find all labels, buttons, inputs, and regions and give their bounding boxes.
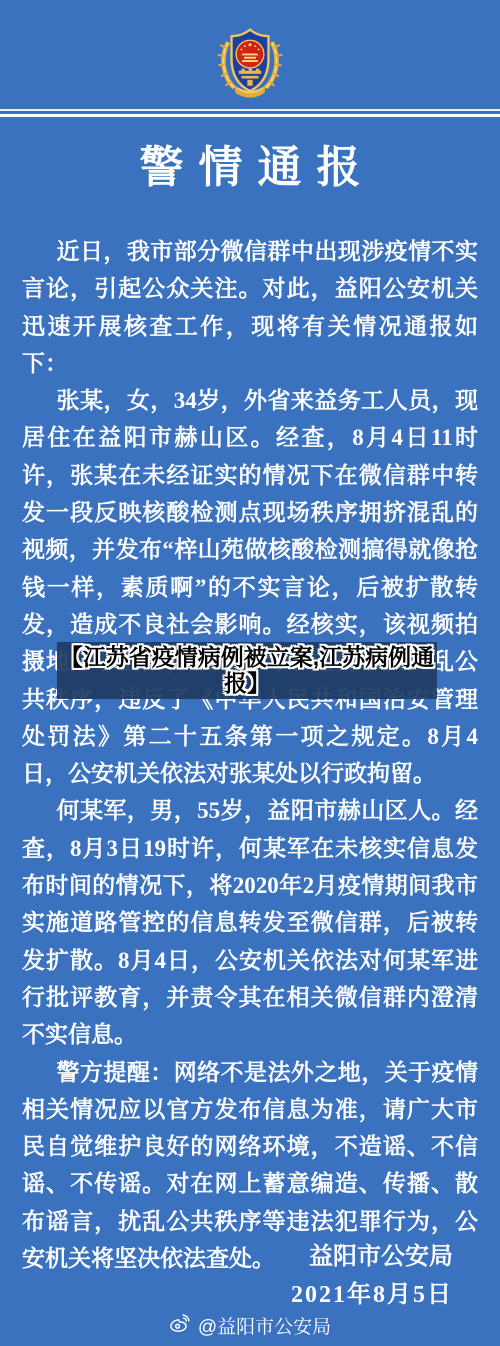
notice-body: 近日，我市部分微信群中出现涉疫情不实言论，引起公众关注。对此，益阳公安机关迅速开… (22, 233, 478, 1277)
paragraph-case-he: 何某军，男，55岁，益阳市赫山区人。经查，8月3日19时许，何某军在未核实信息发… (22, 792, 478, 1053)
overlay-caption: 【江苏省疫情病例被立案,江苏病例通 报】 (57, 642, 437, 699)
watermark: @益阳市公安局 (0, 1312, 500, 1339)
paragraph-case-zhang: 张某，女，34岁，外省来益务工人员，现居住在益阳市赫山区。经查，8月4日11时许… (22, 382, 478, 792)
overlay-caption-line2: 报】 (57, 670, 437, 696)
issuer-signature: 益阳市公安局 (291, 1238, 453, 1276)
weibo-icon (169, 1313, 191, 1339)
notice-title: 警情通报 (0, 142, 500, 195)
signoff-block: 益阳市公安局 2021年8月5日 (291, 1238, 453, 1314)
issue-date: 2021年8月5日 (291, 1276, 453, 1314)
police-badge-icon (217, 24, 283, 109)
paragraph-intro: 近日，我市部分微信群中出现涉疫情不实言论，引起公众关注。对此，益阳公安机关迅速开… (22, 233, 478, 382)
police-notice-canvas: 警情通报 近日，我市部分微信群中出现涉疫情不实言论，引起公众关注。对此，益阳公安… (0, 0, 500, 1346)
divider-rule (0, 109, 500, 117)
overlay-caption-line1: 【江苏省疫情病例被立案,江苏病例通 (57, 644, 437, 670)
watermark-handle: @益阳市公安局 (198, 1312, 331, 1339)
